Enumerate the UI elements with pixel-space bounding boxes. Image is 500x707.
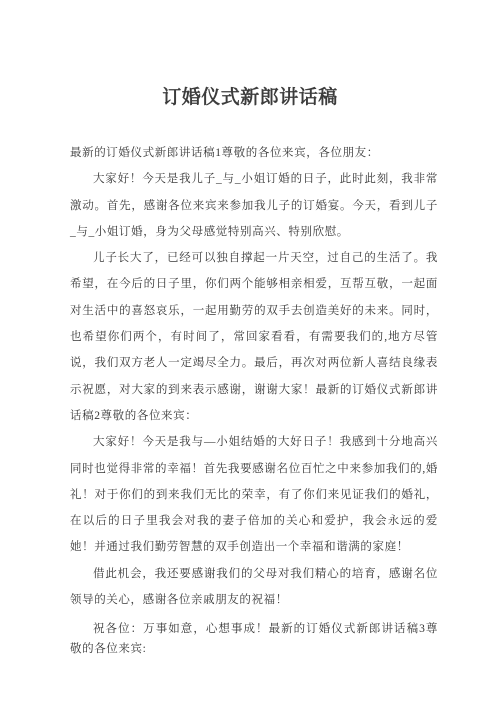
paragraph-speech1-body-and-salutation-2: 儿子长大了，已经可以独自撑起一片天空，过自己的生活了。我希望，在今后的日子里，你… xyxy=(70,245,438,429)
document-page: 订婚仪式新郎讲话稿 最新的订婚仪式新郎讲话稿1尊敬的各位来宾，各位朋友： 大家好… xyxy=(0,0,500,707)
paragraph-speech2-thanks: 借此机会，我还要感谢我们的父母对我们精心的培育，感谢名位领导的关心，感谢各位亲戚… xyxy=(70,561,438,614)
document-body: 最新的订婚仪式新郎讲话稿1尊敬的各位来宾，各位朋友： 大家好！今天是我儿子_与_… xyxy=(70,140,438,659)
paragraph-speech1-opening: 大家好！今天是我儿子_与_小姐订婚的日子，此时此刻，我非常激动。首先，感谢各位来… xyxy=(70,166,438,245)
document-title: 订婚仪式新郎讲话稿 xyxy=(0,0,500,110)
paragraph-speech2-body: 大家好！今天是我与—小姐结婚的大好日子！我感到十分地高兴同时也觉得非常的幸福！首… xyxy=(70,429,438,560)
paragraph-salutation-1: 最新的订婚仪式新郎讲话稿1尊敬的各位来宾，各位朋友： xyxy=(70,140,438,166)
paragraph-speech2-closing-and-salutation-3: 祝各位：万事如意，心想事成！最新的订婚仪式新郎讲话稿3尊敬的各位来宾: xyxy=(70,619,438,659)
